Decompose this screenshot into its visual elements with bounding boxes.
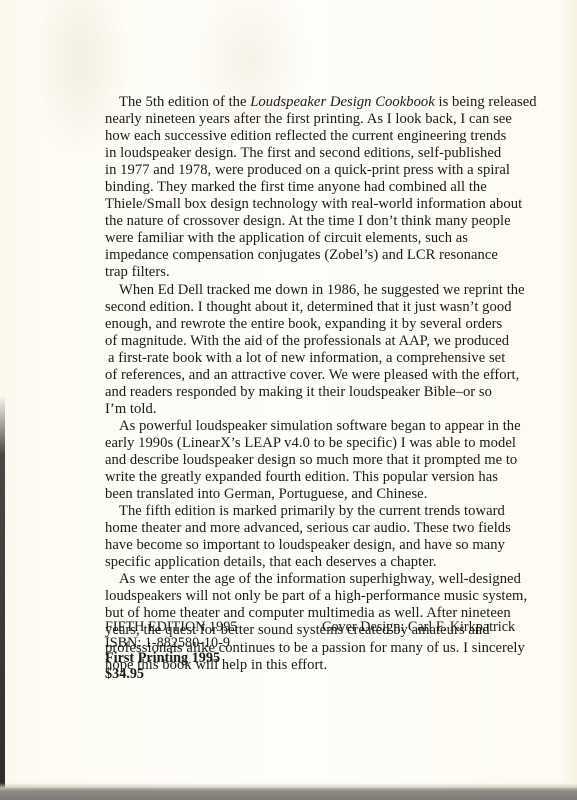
text-line: and readers responded by making it their… (105, 384, 525, 401)
text-line: The 5th edition of the Loudspeaker Desig… (105, 94, 525, 111)
text-line: specific application details, that each … (105, 554, 525, 571)
printing-label: First Printing 1995 (105, 651, 237, 667)
text-line: of magnitude. With the aid of the profes… (105, 333, 525, 350)
cover-design-credit: Cover Design: Carl F. Kirkpatrick (322, 620, 515, 636)
text-line: trap filters. (105, 264, 525, 281)
page-left-edge-shadow (0, 395, 5, 800)
text-line: early 1990s (LinearX’s LEAP v4.0 to be s… (105, 435, 525, 452)
preface-paragraph-2: When Ed Dell tracked me down in 1986, he… (105, 282, 525, 418)
text-line: I’m told. (105, 401, 525, 418)
price-label: $34.95 (105, 667, 237, 683)
text-line: been translated into German, Portuguese,… (105, 486, 525, 503)
isbn-label: ISBN: 1-882580-10-9 (105, 636, 237, 652)
scanned-book-page: The 5th edition of the Loudspeaker Desig… (0, 0, 577, 800)
text-line: the nature of crossover design. At the t… (105, 213, 525, 230)
text-line: As powerful loudspeaker simulation softw… (105, 418, 525, 435)
preface-paragraph-1: The 5th edition of the Loudspeaker Desig… (105, 94, 525, 282)
preface-paragraph-3: As powerful loudspeaker simulation softw… (105, 418, 525, 503)
scanner-bottom-band (0, 788, 577, 800)
preface-body: The 5th edition of the Loudspeaker Desig… (105, 94, 525, 674)
book-title: Loudspeaker Design Cookbook (250, 94, 435, 110)
text-line: how each successive edition reflected th… (105, 128, 525, 145)
text-line: enough, and rewrote the entire book, exp… (105, 316, 525, 333)
text-line: in loudspeaker design. The first and sec… (105, 145, 525, 162)
text-line: Thiele/Small box design technology with … (105, 196, 525, 213)
text-line: As we enter the age of the information s… (105, 571, 525, 588)
text-line: in 1977 and 1978, were produced on a qui… (105, 162, 525, 179)
text-line: binding. They marked the first time anyo… (105, 179, 525, 196)
text-line: When Ed Dell tracked me down in 1986, he… (105, 282, 525, 299)
text-line: write the greatly expanded fourth editio… (105, 469, 525, 486)
preface-paragraph-4: The fifth edition is marked primarily by… (105, 503, 525, 571)
text-line: and describe loudspeaker design so much … (105, 452, 525, 469)
text-line: loudspeakers will not only be part of a … (105, 588, 525, 605)
text-line: were familiar with the application of ci… (105, 230, 525, 247)
text-line: impedance compensation conjugates (Zobel… (105, 247, 525, 264)
text-line: a first-rate book with a lot of new info… (105, 350, 525, 367)
text-line: of references, and an attractive cover. … (105, 367, 525, 384)
text-line: second edition. I thought about it, dete… (105, 299, 525, 316)
text-line: have become so important to loudspeaker … (105, 537, 525, 554)
text-line: The fifth edition is marked primarily by… (105, 503, 525, 520)
colophon: FIFTH EDITION 1995 ISBN: 1-882580-10-9 F… (105, 620, 237, 683)
edition-label: FIFTH EDITION 1995 (105, 620, 237, 636)
text-line: nearly nineteen years after the first pr… (105, 111, 525, 128)
text-line: home theater and more advanced, serious … (105, 520, 525, 537)
